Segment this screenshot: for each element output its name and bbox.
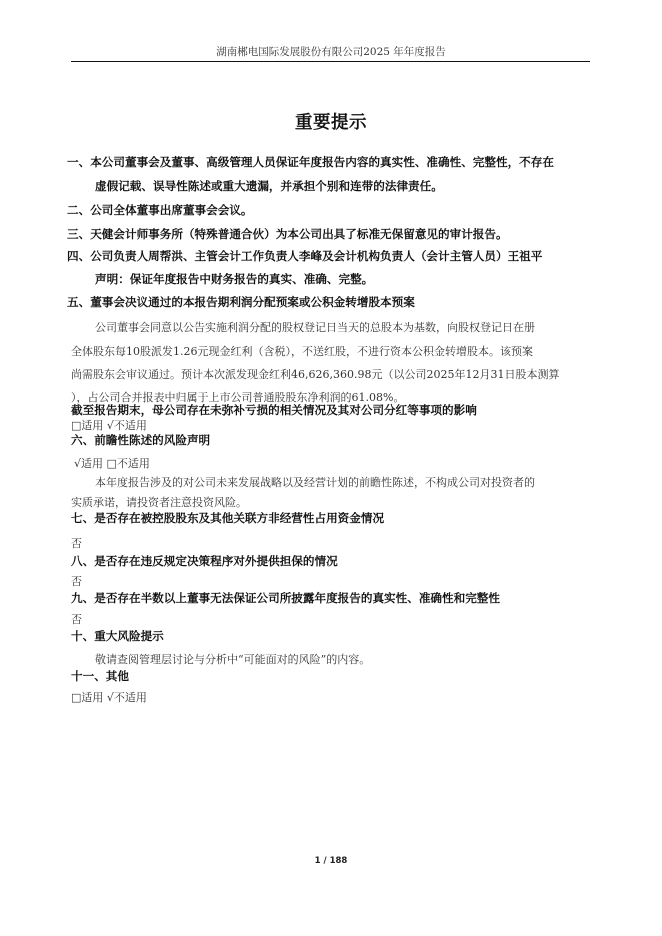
section-9-answer: 否 xyxy=(71,611,82,627)
uncovered-loss-heading: 截至报告期末，母公司存在未弥补亏损的相关情况及其对公司分红等事项的影响 xyxy=(71,402,477,418)
profit-distribution-line-2: 全体股东每10股派发1.26元现金红利（含税），不送红股，不进行资本公积金转增股… xyxy=(71,343,533,359)
section-8-heading: 八、是否存在违反规定决策程序对外提供担保的情况 xyxy=(71,553,338,569)
section-6-heading: 六、前瞻性陈述的风险声明 xyxy=(71,432,210,448)
profit-distribution-line-3: 尚需股东会审议通过。预计本次派发现金红利46,626,360.98元（以公司20… xyxy=(71,366,559,382)
running-header: 湖南郴电国际发展股份有限公司2025 年年度报告 xyxy=(0,44,662,59)
page-title: 重要提示 xyxy=(0,109,662,134)
section-10-heading: 十、重大风险提示 xyxy=(71,628,164,644)
section-6-options: √适用 □不适用 xyxy=(74,455,150,471)
item-1-line-2: 虚假记载、误导性陈述或重大遗漏，并承担个别和连带的法律责任。 xyxy=(95,178,443,194)
section-11-options: □适用 √不适用 xyxy=(71,689,147,705)
section-7-heading: 七、是否存在被控股股东及其他关联方非经营性占用资金情况 xyxy=(71,510,384,526)
item-3: 三、天健会计师事务所（特殊普通合伙）为本公司出具了标准无保留意见的审计报告。 xyxy=(67,226,508,242)
section-8-answer: 否 xyxy=(71,573,82,589)
uncovered-loss-options: □适用 √不适用 xyxy=(71,417,147,433)
section-9-heading: 九、是否存在半数以上董事无法保证公司所披露年度报告的真实性、准确性和完整性 xyxy=(71,590,500,606)
section-7-answer: 否 xyxy=(71,535,82,551)
item-5-heading: 五、董事会决议通过的本报告期利润分配预案或公积金转增股本预案 xyxy=(67,294,415,310)
profit-distribution-line-1: 公司董事会同意以公告实施利润分配的股权登记日当天的总股本为基数，向股权登记日在册 xyxy=(95,319,535,335)
section-6-line-2: 实质承诺，请投资者注意投资风险。 xyxy=(71,494,247,510)
item-4-line-2: 声明：保证年度报告中财务报告的真实、准确、完整。 xyxy=(95,271,373,287)
section-6-line-1: 本年度报告涉及的对公司未来发展战略以及经营计划的前瞻性陈述，不构成公司对投资者的 xyxy=(95,474,535,490)
item-4-line-1: 四、公司负责人周帮洪、主管会计工作负责人李峰及会计机构负责人（会计主管人员）王祖… xyxy=(67,248,542,264)
item-2: 二、公司全体董事出席董事会会议。 xyxy=(67,202,253,218)
item-1-line-1: 一、本公司董事会及董事、高级管理人员保证年度报告内容的真实性、准确性、完整性，不… xyxy=(67,154,554,170)
page-number: 1 / 188 xyxy=(0,856,662,866)
section-10-text: 敬请查阅管理层讨论与分析中“可能面对的风险”的内容。 xyxy=(95,651,370,667)
header-divider xyxy=(71,61,590,62)
section-11-heading: 十一、其他 xyxy=(71,668,129,684)
